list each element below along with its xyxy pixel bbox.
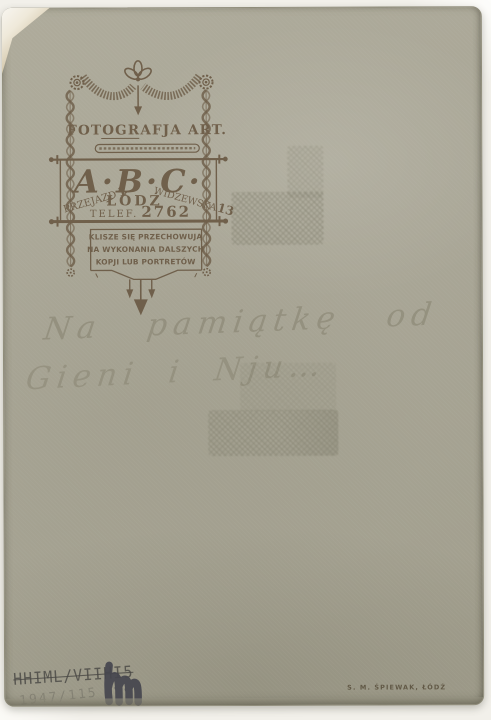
- bottom-rule: [49, 216, 228, 227]
- studio-type-text: FOTOGRAFJA ART.: [67, 122, 227, 139]
- ornament-band: [95, 144, 199, 152]
- notice-line: NA WYKONANIA DALSZYCH: [87, 245, 204, 254]
- notice-line: KLISZE SIĘ PRZECHOWUJĄ: [89, 232, 203, 241]
- photo-card-back: FOTOGRAFJA ART. A·B·C· PRZEJAZD1 ŁÓDŹ WI…: [2, 6, 484, 707]
- phone-text: TELEF.2762: [90, 203, 191, 221]
- garland-curl-left-icon: [67, 269, 74, 276]
- adhesive-stain-top: [231, 192, 323, 245]
- ribbon-bow-icon: [123, 61, 153, 82]
- scan-background: FOTOGRAFJA ART. A·B·C· PRZEJAZD1 ŁÓDŹ WI…: [0, 0, 491, 720]
- notice-line: KOPJI LUB PORTRETÓW: [96, 257, 196, 266]
- garland-curl-right-icon: [203, 269, 210, 276]
- printer-credit: S. M. ŚPIEWAK, ŁÓDŹ: [347, 683, 446, 691]
- card-bottom-edge: [5, 697, 483, 706]
- garland-column-right: [203, 90, 211, 266]
- adhesive-stain-top-vertical: [287, 146, 323, 198]
- adhesive-stain-middle: [208, 410, 338, 456]
- rosette-right-icon: [200, 76, 213, 89]
- phone-number: 2762: [141, 203, 191, 221]
- phone-label: TELEF.: [90, 209, 139, 220]
- photographer-stamp: FOTOGRAFJA ART. A·B·C· PRZEJAZD1 ŁÓDŹ WI…: [43, 58, 234, 321]
